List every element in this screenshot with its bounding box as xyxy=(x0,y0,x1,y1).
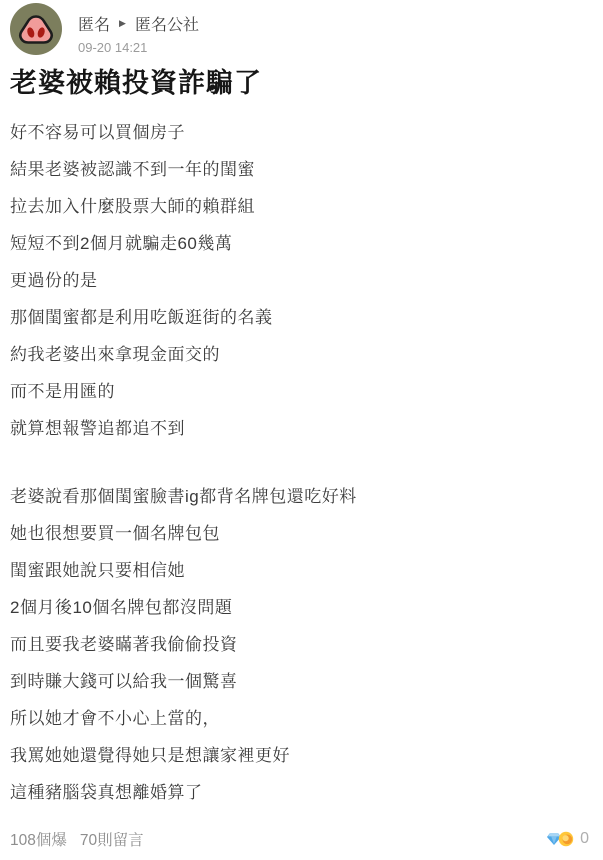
post-line: 閨蜜跟她說只要相信她 xyxy=(10,562,593,579)
post-line: 這種豬腦袋真想離婚算了 xyxy=(10,784,593,801)
post-line: 就算想報警追都追不到 xyxy=(10,420,593,437)
post-line: 結果老婆被認識不到一年的閨蜜 xyxy=(10,161,593,178)
chevron-right-icon: ▶ xyxy=(119,19,126,28)
timestamp: 09-20 14:21 xyxy=(78,40,199,55)
comment-count[interactable]: 70則留言 xyxy=(80,828,144,850)
post-line: 約我老婆出來拿現金面交的 xyxy=(10,346,593,363)
post-header: 匿名 ▶ 匿名公社 09-20 14:21 xyxy=(10,0,593,55)
author-name[interactable]: 匿名 xyxy=(78,12,110,35)
post-line: 而不是用匯的 xyxy=(10,383,593,400)
post-line: 而且要我老婆瞞著我偷偷投資 xyxy=(10,636,593,653)
post-line: 所以她才會不小心上當的， xyxy=(10,710,593,727)
post-line: 到時賺大錢可以給我一個驚喜 xyxy=(10,673,593,690)
post-line: 那個閨蜜都是利用吃飯逛街的名義 xyxy=(10,309,593,326)
coin-count: 0 xyxy=(580,830,589,848)
post-line: 她也很想要買一個名牌包包 xyxy=(10,525,593,542)
post-line: 老婆說看那個閨蜜臉書ig都背名牌包還吃好料 xyxy=(10,488,593,505)
pig-snout-icon xyxy=(10,3,62,55)
post-line: 好不容易可以買個房子 xyxy=(10,124,593,141)
group-name[interactable]: 匿名公社 xyxy=(135,12,199,35)
footer-stats: 108個爆 70則留言 xyxy=(10,828,144,850)
reaction-count[interactable]: 108個爆 xyxy=(10,828,67,850)
post-line: 更過份的是 xyxy=(10,272,593,289)
post-line: 2個月後10個名牌包都沒問題 xyxy=(10,599,593,616)
coin-icon xyxy=(558,831,574,847)
post-line: 我罵她她還覺得她只是想讓家裡更好 xyxy=(10,747,593,764)
coin-reaction-group[interactable]: 0 xyxy=(546,830,589,848)
post-title: 老婆被賴投資詐騙了 xyxy=(10,68,593,99)
avatar[interactable] xyxy=(10,3,62,55)
post-footer: 108個爆 70則留言 0 xyxy=(10,828,589,850)
post-page: 匿名 ▶ 匿名公社 09-20 14:21 老婆被賴投資詐騙了 好不容易可以買個… xyxy=(0,0,603,860)
paragraph-gap xyxy=(10,457,593,488)
author-line: 匿名 ▶ 匿名公社 xyxy=(78,12,199,35)
post-meta: 匿名 ▶ 匿名公社 09-20 14:21 xyxy=(78,3,199,55)
post-line: 拉去加入什麼股票大師的賴群組 xyxy=(10,198,593,215)
post-body: 好不容易可以買個房子 結果老婆被認識不到一年的閨蜜 拉去加入什麼股票大師的賴群組… xyxy=(10,124,593,801)
post-line: 短短不到2個月就騙走60幾萬 xyxy=(10,235,593,252)
